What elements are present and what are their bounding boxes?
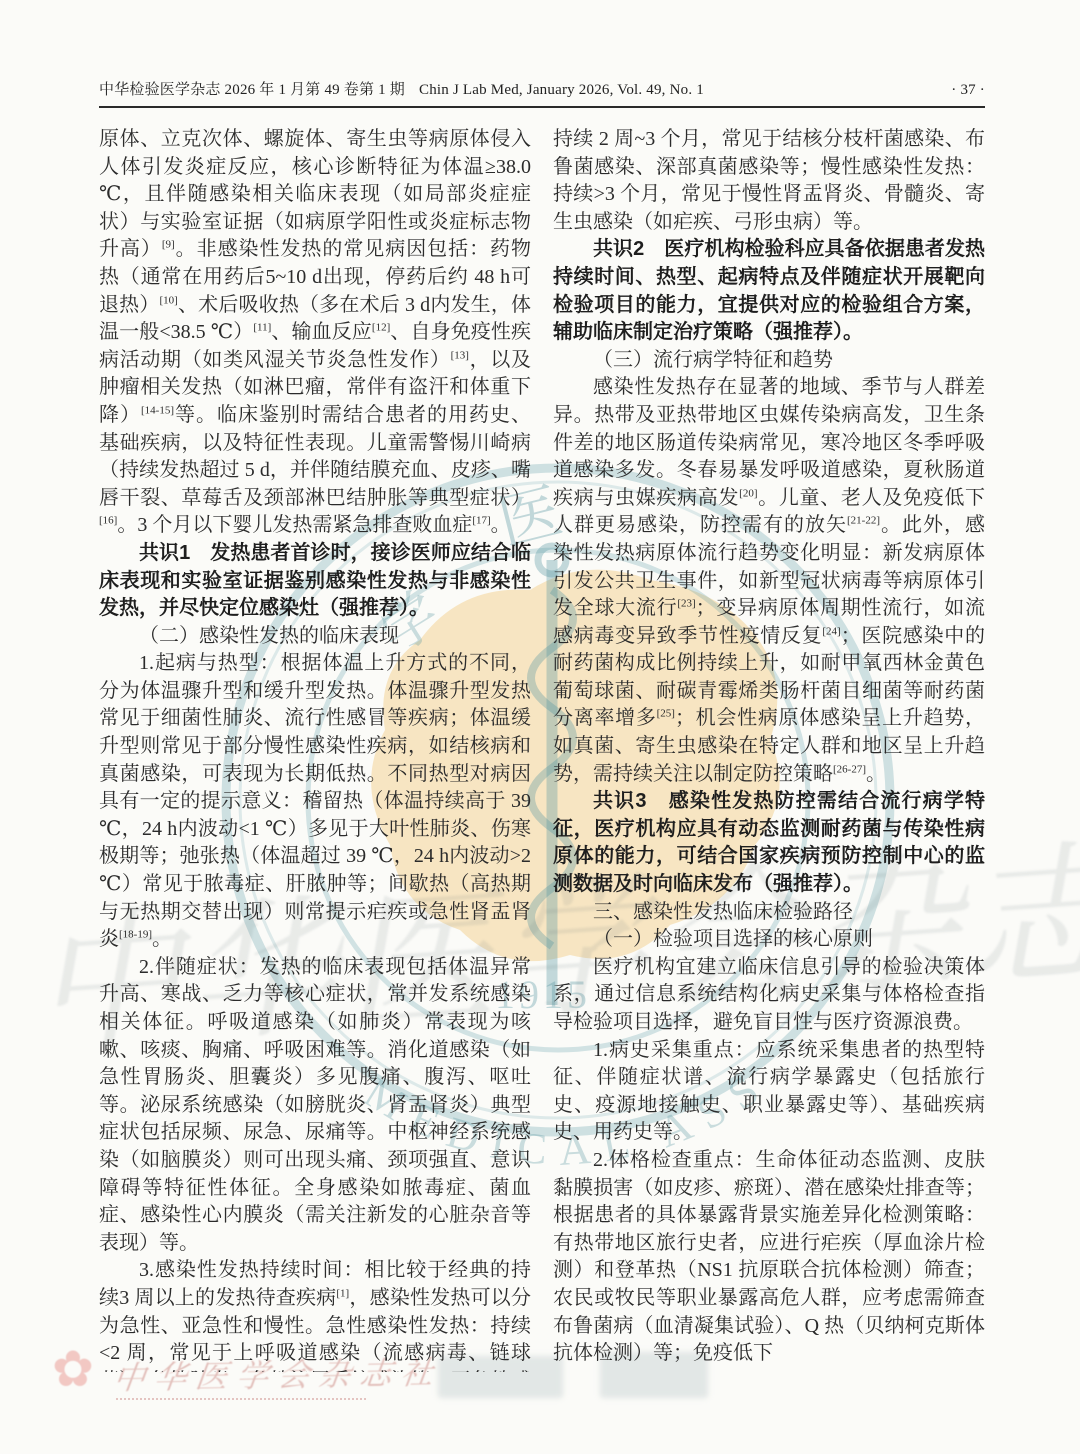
paragraph: 3.感染性发热持续时间：相比较于经典的持续3 周以上的发热待查疾病[1]，感染性… [99,1257,531,1372]
paragraph: 共识2 医疗机构检验科应具备依据患者发热持续时间、热型、起病特点及伴随症状开展靶… [553,236,985,346]
left-column: 原体、立克次体、螺旋体、寄生虫等病原体侵入人体引发炎症反应，核心诊断特征为体温≥… [99,126,531,1372]
page-header: 中华检验医学杂志 2026 年 1 月第 49 卷第 1 期Chin J Lab… [99,78,985,108]
paragraph: （三）流行病学特征和趋势 [553,347,985,375]
paragraph: 共识3 感染性发热防控需结合流行病学特征，医疗机构应具有动态监测耐药菌与传染性病… [553,788,985,898]
page-number: · 37 · [951,82,985,99]
paragraph: （一）检验项目选择的核心原则 [553,926,985,954]
journal-title: 中华检验医学杂志 2026 年 1 月第 49 卷第 1 期Chin J Lab… [99,78,704,99]
publisher-stamp-underline [116,1398,366,1400]
paragraph: 感染性发热存在显著的地域、季节与人群差异。热带及亚热带地区虫媒传染病高发，卫生条… [553,374,985,788]
paragraph: 医疗机构宜建立临床信息引导的检验决策体系，通过信息系统结构化病史采集与体格检查指… [553,954,985,1037]
right-column: 持续 2 周~3 个月，常见于结核分枝杆菌感染、布鲁菌感染、深部真菌感染等；慢性… [553,126,985,1372]
journal-title-en: Chin J Lab Med, January 2026, Vol. 49, N… [419,82,704,98]
paragraph: 2.体格检查重点：生命体征动态监测、皮肤黏膜损害（如皮疹、瘀斑）、潜在感染灶排查… [553,1147,985,1368]
paragraph: 持续 2 周~3 个月，常见于结核分枝杆菌感染、布鲁菌感染、深部真菌感染等；慢性… [553,126,985,236]
publisher-flower-stamp-icon: ✿ [52,1340,94,1398]
journal-title-cn: 中华检验医学杂志 2026 年 1 月第 49 卷第 1 期 [99,82,405,98]
paragraph: 1.病史采集重点：应系统采集患者的热型特征、伴随症状谱、流行病学暴露史（包括旅行… [553,1037,985,1147]
paragraph: 共识1 发热患者首诊时，接诊医师应结合临床表现和实验室证据鉴别感染性发热与非感染… [99,540,531,623]
paragraph: 2.伴随症状：发热的临床表现包括体温异常升高、寒战、乏力等核心症状，常并发系统感… [99,954,531,1258]
paragraph: 1.起病与热型：根据体温上升方式的不同，分为体温骤升型和缓升型发热。体温骤升型发… [99,650,531,954]
paragraph: （二）感染性发热的临床表现 [99,623,531,651]
paragraph: 三、感染性发热临床检验路径 [553,899,985,927]
paragraph: 原体、立克次体、螺旋体、寄生虫等病原体侵入人体引发炎症反应，核心诊断特征为体温≥… [99,126,531,540]
